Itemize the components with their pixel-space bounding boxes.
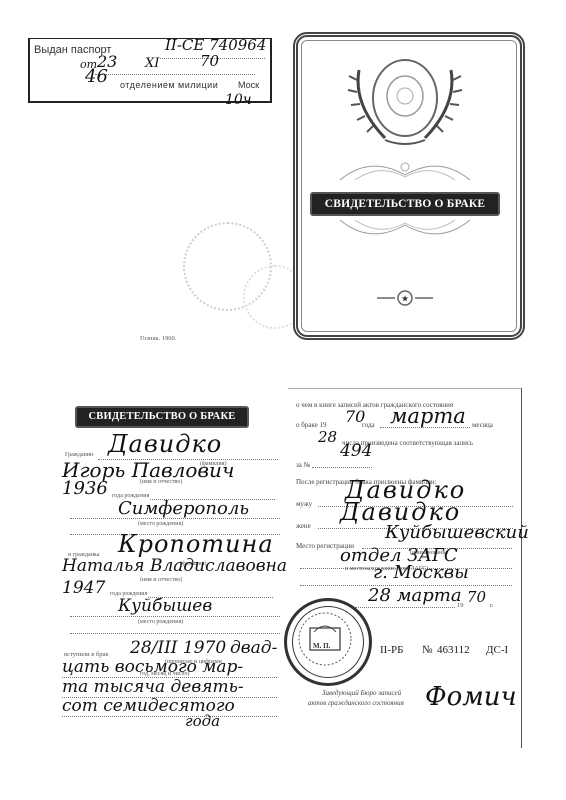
issue-date-year: 70 [200, 52, 219, 70]
stamp-extra-note: 10ч [225, 92, 252, 108]
department-number: 46 [85, 66, 108, 87]
issue-date-month: XI [145, 56, 159, 71]
star-emblem-icon: ★ [375, 290, 435, 306]
issue-year-prefix: 19 [457, 602, 464, 609]
record-day: 28 [318, 428, 337, 446]
certificate-number-suffix: ДС-I [486, 644, 508, 656]
record-number: 494 [340, 441, 372, 461]
svg-text:★: ★ [401, 294, 409, 304]
publisher-imprint: Гознак. 1960. [140, 335, 176, 342]
issue-year: 70 [467, 588, 486, 606]
bride-name-caption: (имя и отчество) [140, 577, 182, 583]
record-month: марта [390, 404, 466, 428]
record-number-label: за № [296, 461, 310, 469]
bride-birthplace-line [70, 616, 280, 617]
marriage-date-numeric: 28/III 1970 [130, 638, 226, 658]
bride-birthplace: Куйбышев [118, 596, 212, 616]
seal-center-text: М. П. [313, 642, 330, 650]
husband-label: мужу [296, 500, 312, 508]
ornament-bottom-icon [335, 215, 475, 245]
record-year-suffix: года [362, 421, 375, 429]
issue-date-line [95, 74, 255, 75]
groom-name-caption: (имя и отчество) [140, 479, 182, 485]
state-emblem-wreath-icon [345, 50, 465, 150]
registrar-signature: Фомич [425, 682, 517, 712]
ornament-top-icon [335, 155, 475, 185]
seal-emblem-icon [284, 598, 366, 680]
bride-birth-year: 1947 [62, 578, 105, 598]
signatory-line2: актов гражданского состояния [308, 699, 404, 707]
page-top-edge [288, 388, 521, 389]
record-month-line [380, 427, 470, 428]
groom-birthplace-caption: (место рождения) [138, 521, 183, 527]
issue-date: 28 марта [368, 585, 462, 606]
blank-line-2 [70, 633, 280, 634]
department-city: Моск [238, 80, 259, 90]
groom-birthplace: Симферополь [118, 498, 249, 519]
issue-date-line [355, 607, 455, 608]
record-month-suffix: месяца [472, 421, 493, 429]
bride-surname: Кропотина [118, 530, 274, 558]
registration-place-line1: Куйбышевский [385, 522, 529, 543]
certificate-number-label: № [422, 644, 433, 656]
issue-year-suffix: г. [490, 602, 494, 609]
certificate-number: 463112 [437, 644, 470, 656]
bride-birthplace-caption: (место рождения) [138, 619, 183, 625]
left-page-title-banner: СВИДЕТЕЛЬСТВО О БРАКЕ [75, 406, 249, 428]
marriage-date-words-5: года [185, 712, 220, 730]
groom-birthplace-line [70, 518, 280, 519]
marriage-date-words-3: та тысяча девять- [62, 677, 244, 697]
marriage-date-words-1: двад- [230, 638, 277, 658]
groom-birth-year: 1936 [62, 478, 108, 499]
registration-place-line3: г. Москвы [373, 562, 469, 583]
department-label: отделением милиции [120, 80, 218, 90]
page-right-edge [521, 388, 522, 748]
marriage-line-4 [62, 716, 277, 717]
bride-name-patronymic: Наталья Владиславовна [62, 556, 287, 576]
signatory-line1: Заведующий Бюро записей [322, 689, 401, 697]
record-number-line [312, 467, 372, 468]
groom-surname: Давидко [108, 430, 222, 458]
wife-label: жене [296, 522, 311, 530]
certificate-series: II-РБ [380, 644, 403, 656]
cover-title-banner: СВИДЕТЕЛЬСТВО О БРАКЕ [310, 192, 500, 216]
